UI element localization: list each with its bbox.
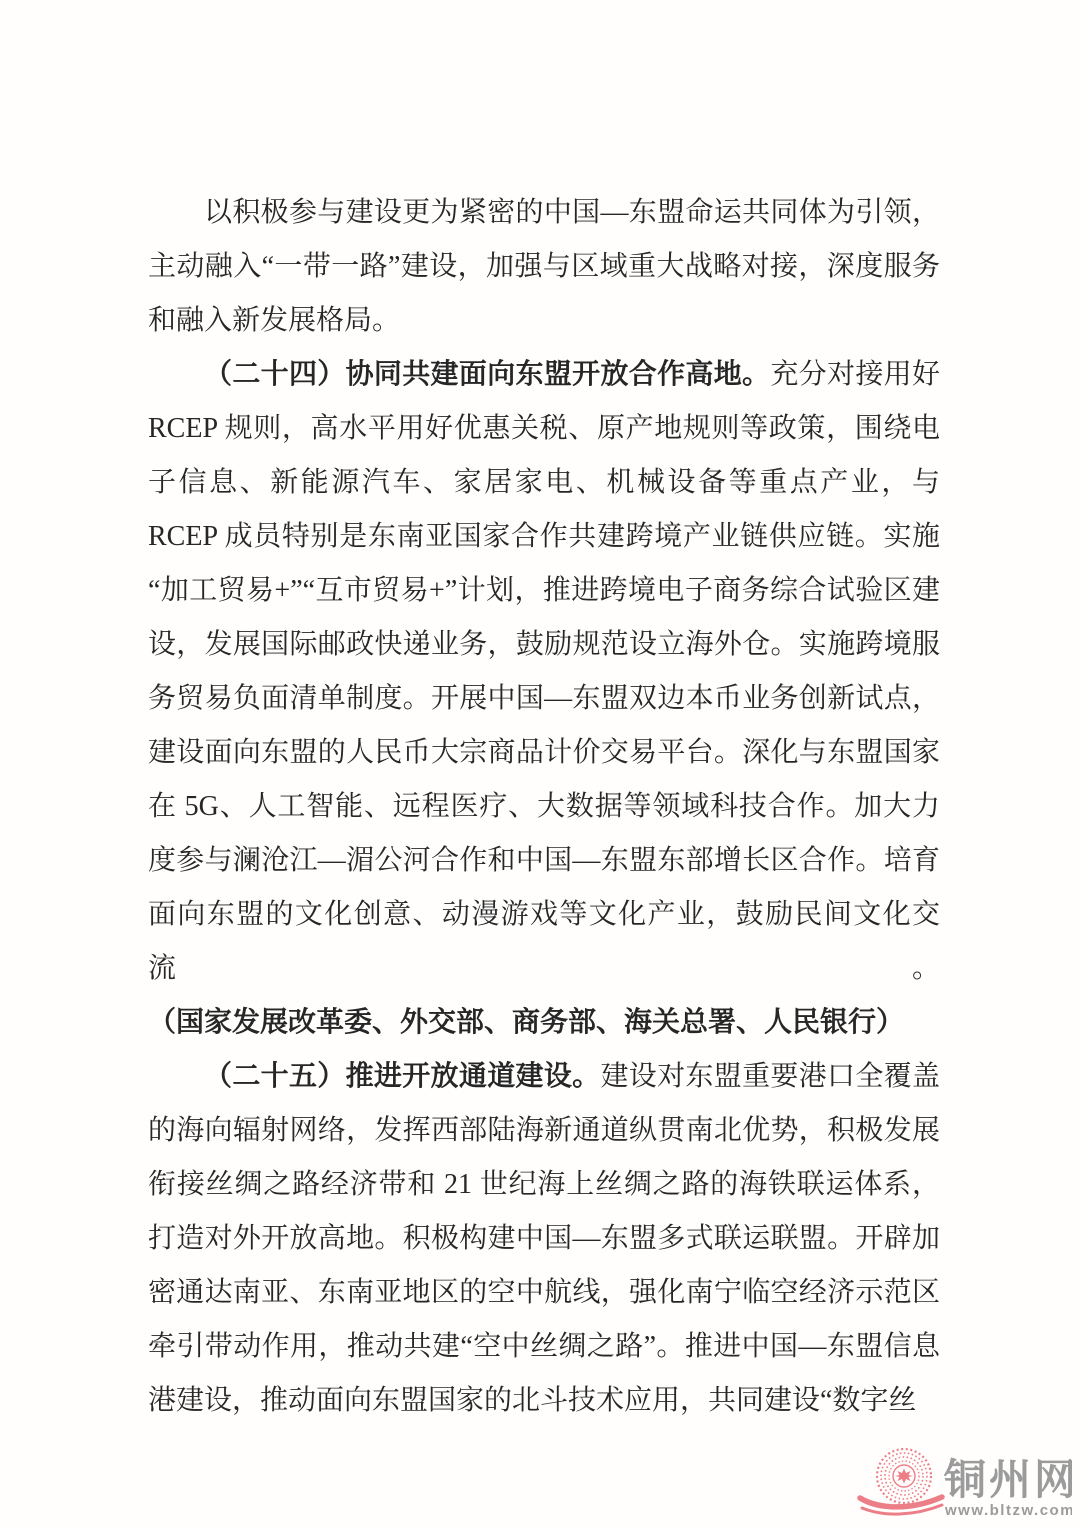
star-center: [895, 1469, 913, 1484]
bold-run: （二十五）推进开放通道建设。: [204, 1061, 600, 1092]
site-watermark: 铜州网 www.bltzw.com: [852, 1434, 1072, 1526]
document-body: 以积极参与建设更为紧密的中国—东盟命运共同体为引领，主动融入“一带一路”建设，加…: [148, 186, 940, 1428]
text-run: 充分对接用好 RCEP 规则，高水平用好优惠关税、原产地规则等政策，围绕电子信息…: [148, 359, 940, 984]
watermark-site-name: 铜州网: [943, 1456, 1072, 1503]
text-run: 以积极参与建设更为紧密的中国—东盟命运共同体为引领，主动融入“一带一路”建设，加…: [148, 197, 940, 336]
ribbon-swoosh-icon: [860, 1497, 942, 1514]
watermark-site-url: www.bltzw.com: [944, 1502, 1072, 1519]
paragraph-item-25: （二十五）推进开放通道建设。建设对东盟重要港口全覆盖的海向辐射网络，发挥西部陆海…: [148, 1050, 940, 1428]
bronze-drum-logo-icon: [877, 1449, 931, 1503]
paragraph-lead: 以积极参与建设更为紧密的中国—东盟命运共同体为引领，主动融入“一带一路”建设，加…: [148, 186, 940, 348]
text-run: 建设对东盟重要港口全覆盖的海向辐射网络，发挥西部陆海新通道纵贯南北优势，积极发展…: [148, 1061, 940, 1416]
document-page: 以积极参与建设更为紧密的中国—东盟命运共同体为引领，主动融入“一带一路”建设，加…: [0, 0, 1080, 1527]
bold-run: （二十四）协同共建面向东盟开放合作高地。: [204, 359, 770, 390]
bold-run: （国家发展改革委、外交部、商务部、海关总署、人民银行）: [148, 1007, 904, 1038]
paragraph-item-24: （二十四）协同共建面向东盟开放合作高地。充分对接用好 RCEP 规则，高水平用好…: [148, 348, 940, 1050]
